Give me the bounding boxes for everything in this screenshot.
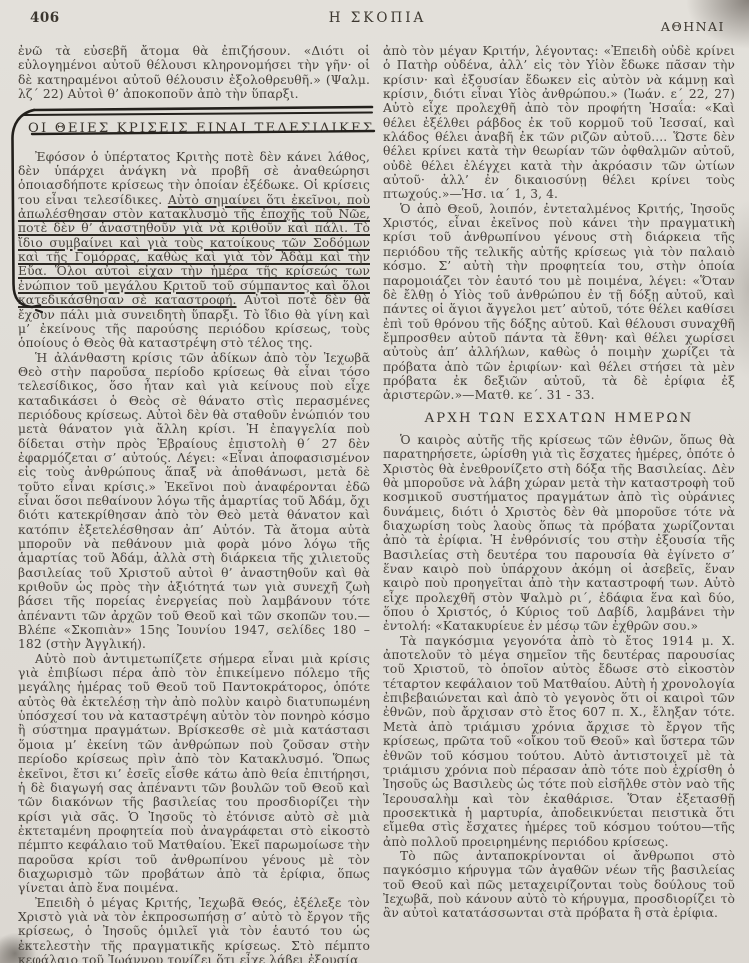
paragraph: Τὰ παγκόσμια γεγονότα ἀπὸ τὸ ἔτος 1914 μ… [383,634,735,849]
left-column: ἐνῶ τὰ εὐσεβῆ ἄτομα θὰ ἐπιζήσουν. «Διότι… [18,44,370,963]
paragraph: Ἐπειδὴ ὁ μέγας Κριτής, Ἰεχωβᾶ Θεός, ἐξέλ… [18,896,370,963]
page-header: 406 Η ΣΚΟΠΙΑ ΑΘΗΝΑΙ [30,10,725,38]
two-column-text: ἐνῶ τὰ εὐσεβῆ ἄτομα θὰ ἐπιζήσουν. «Διότι… [18,44,735,963]
boxed-section-heading-wrap: ΟΙ ΘΕΙΕΣ ΚΡΙΣΕΙΣ ΕΙΝΑΙ ΤΕΛΕΣΙΔΙΚΕΣ [18,111,370,145]
right-column: ἀπὸ τὸν μέγαν Κριτήν, λέγοντας: «Ἐπειδὴ … [383,44,735,963]
paragraph: Τὸ πῶς ἀνταποκρίνονται οἱ ἄνθρωποι στὸ π… [383,849,735,921]
pen-underlined-text: Αὐτὸ σημαίνει ὅτι ἐκεῖνοι, ποὺ ἀπωλέσθησ… [18,193,370,307]
section-heading-divine-judgments: ΟΙ ΘΕΙΕΣ ΚΡΙΣΕΙΣ ΕΙΝΑΙ ΤΕΛΕΣΙΔΙΚΕΣ [28,122,370,136]
paragraph: Αὐτὸ ποὺ ἀντιμετωπίζετε σήμερα εἶναι μιὰ… [18,652,370,896]
paragraph: ἐνῶ τὰ εὐσεβῆ ἄτομα θὰ ἐπιζήσουν. «Διότι… [18,44,370,101]
section-heading-last-days: ΑΡΧΗ ΤΩΝ ΕΣΧΑΤΩΝ ΗΜΕΡΩΝ [383,412,735,426]
scanned-magazine-page: 406 Η ΣΚΟΠΙΑ ΑΘΗΝΑΙ ἐνῶ τὰ εὐσεβῆ ἄτομα … [0,0,749,963]
paragraph: Ἐφόσον ὁ ὑπέρτατος Κριτὴς ποτὲ δὲν κάνει… [18,150,370,351]
paragraph: ἀπὸ τὸν μέγαν Κριτήν, λέγοντας: «Ἐπειδὴ … [383,44,735,202]
paragraph: Ὁ ἀπὸ Θεοῦ, λοιπόν, ἐντεταλμένος Κριτής,… [383,202,735,403]
publication-title: Η ΣΚΟΠΙΑ [30,10,725,26]
paragraph: Ὁ καιρὸς αὐτῆς τῆς κρίσεως τῶν ἐθνῶν, ὅπ… [383,433,735,634]
header-city: ΑΘΗΝΑΙ [661,19,725,34]
paragraph: Ἡ ἀλάνθαστη κρίσις τῶν ἀδίκων ἀπὸ τὸν Ἰε… [18,351,370,652]
